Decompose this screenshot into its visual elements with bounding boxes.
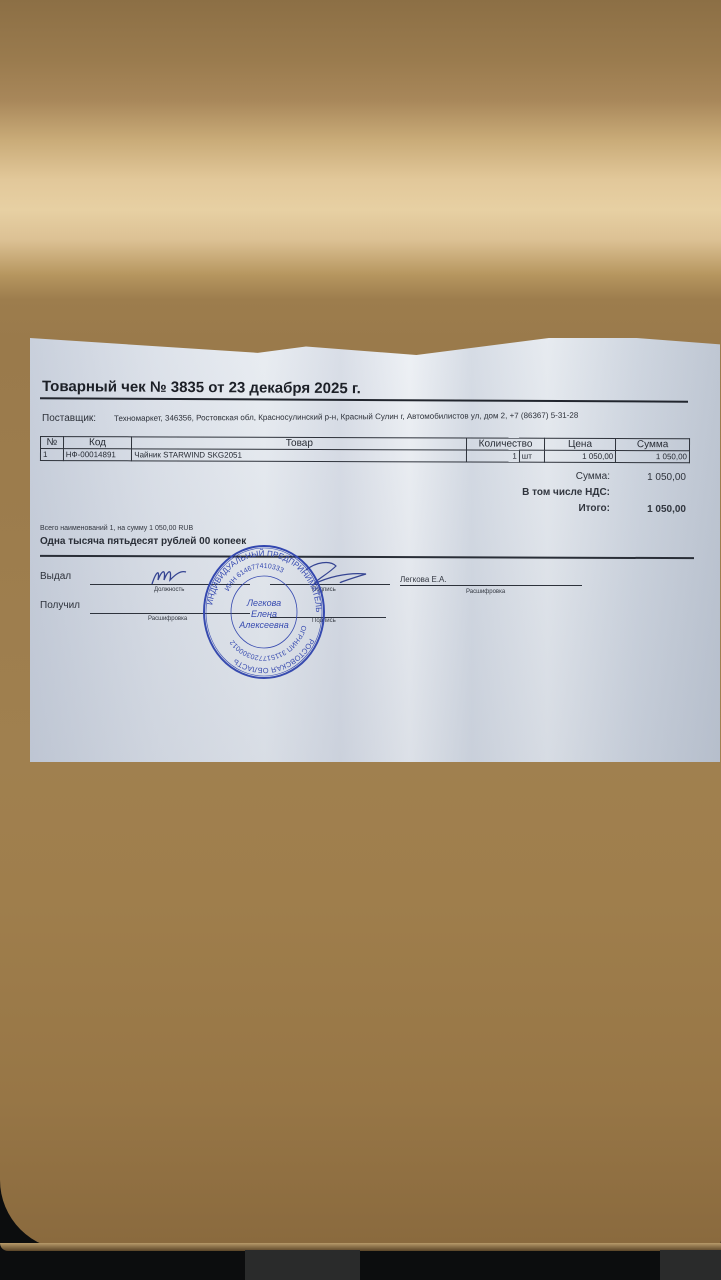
stamp-center-name: Елена (251, 609, 277, 619)
issued-position-line (90, 584, 250, 585)
totals-sum-value: 1 050,00 (606, 472, 686, 483)
received-signature-caption: Подпись (312, 618, 336, 624)
totals-total-label: Итого: (470, 503, 610, 514)
handwritten-signature (146, 558, 406, 598)
issued-label: Выдал (40, 571, 71, 582)
row-quantity: 1 (467, 450, 520, 462)
totals-total-value: 1 050,00 (606, 504, 686, 515)
issued-name-line (400, 585, 582, 586)
stamp-center-surname: Легкова (246, 598, 281, 608)
totals-sum-label: Сумма: (470, 471, 610, 482)
stamp-inn: ИНН 614677410333 (224, 563, 285, 593)
header-price: Цена (544, 438, 616, 450)
items-count-line: Всего наименований 1, на сумму 1 050,00 … (40, 525, 193, 532)
received-name-line (90, 613, 250, 614)
stamp-center-patronymic: Алексеевна (238, 620, 288, 630)
received-name-caption: Расшифровка (148, 616, 187, 622)
row-price: 1 050,00 (544, 450, 616, 462)
stamp-region: РОСТОВСКАЯ ОБЛАСТЬ (231, 637, 316, 675)
chair-leg (245, 1250, 360, 1280)
row-num: 1 (40, 449, 63, 461)
stamp-outer-text: ИНДИВИДУАЛЬНЫЙ ПРЕДПРИНИМАТЕЛЬ (205, 549, 323, 613)
header-quantity: Количество (467, 438, 544, 450)
header-code: Код (63, 437, 132, 449)
row-product: Чайник STARWIND SKG2051 (132, 449, 467, 462)
row-code: НФ-00014891 (63, 449, 132, 461)
official-round-stamp: ИНДИВИДУАЛЬНЫЙ ПРЕДПРИНИМАТЕЛЬ РОСТОВСКА… (202, 543, 326, 681)
receipt-title: Товарный чек № 3835 от 23 декабря 2025 г… (42, 378, 361, 397)
header-sum: Сумма (616, 439, 690, 451)
issued-name: Легкова Е.А. (400, 575, 447, 584)
chair-leg (660, 1250, 721, 1280)
svg-text:ОГРНИП 311517720300012: ОГРНИП 311517720300012 (229, 624, 307, 661)
table-row: 1 НФ-00014891 Чайник STARWIND SKG2051 1 … (40, 449, 689, 463)
amount-in-words: Одна тысяча пятьдесят рублей 00 копеек (40, 536, 246, 547)
title-divider (40, 397, 688, 402)
svg-text:ИНДИВИДУАЛЬНЫЙ ПРЕДПРИНИМАТЕЛЬ: ИНДИВИДУАЛЬНЫЙ ПРЕДПРИНИМАТЕЛЬ (205, 549, 323, 613)
svg-text:РОСТОВСКАЯ ОБЛАСТЬ: РОСТОВСКАЯ ОБЛАСТЬ (231, 637, 316, 675)
header-num: № (40, 437, 63, 449)
issued-position-caption: Должность (154, 587, 184, 593)
signature-section-divider (40, 555, 694, 559)
items-table: № Код Товар Количество Цена Сумма 1 НФ-0… (40, 436, 690, 463)
row-unit: шт (519, 450, 544, 462)
received-signature-line (270, 617, 386, 618)
svg-text:ИНН 614677410333: ИНН 614677410333 (224, 563, 285, 593)
issued-name-caption: Расшифровка (466, 589, 505, 595)
totals-vat-label: В том числе НДС: (470, 487, 610, 498)
supplier-label: Поставщик: (42, 413, 96, 424)
supplier-value: Техномаркет, 346356, Ростовская обл, Кра… (114, 411, 578, 423)
row-sum: 1 050,00 (616, 451, 690, 463)
header-product: Товар (132, 437, 467, 450)
received-label: Получил (40, 600, 80, 611)
issued-signature-line (270, 584, 390, 585)
sales-receipt: Товарный чек № 3835 от 23 декабря 2025 г… (30, 338, 720, 762)
stamp-ogrnip: ОГРНИП 311517720300012 (229, 624, 307, 661)
table-header-row: № Код Товар Количество Цена Сумма (40, 437, 689, 451)
table-edge (0, 1243, 721, 1251)
issued-signature-caption: Подпись (312, 587, 336, 593)
